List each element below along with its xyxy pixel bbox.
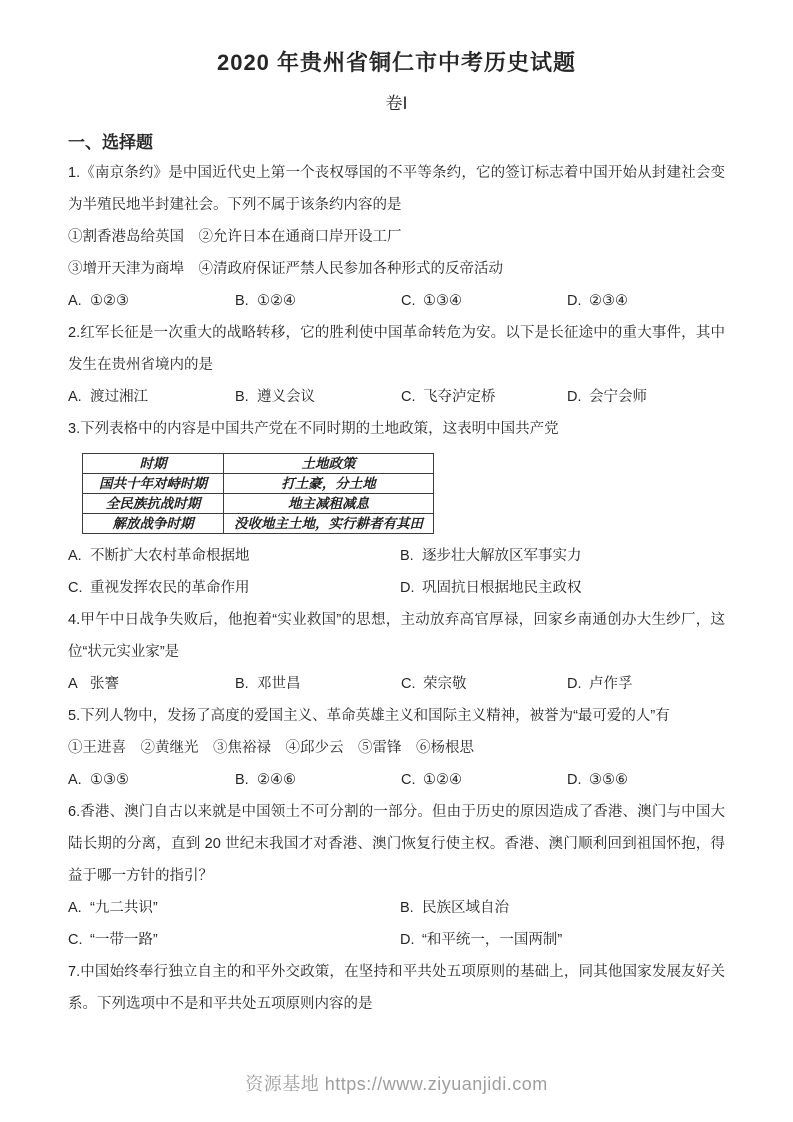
question-1-items-line-1: ①割香港岛给英国 ②允许日本在通商口岸开设工厂: [68, 221, 725, 253]
question-1-option-c: C.①③④: [401, 285, 567, 317]
question-3: 3.下列表格中的内容是中国共产党在不同时期的土地政策，这表明中国共产党 时期 土…: [68, 413, 725, 604]
question-3-option-d: D.巩固抗日根据地民主政权: [400, 572, 725, 604]
question-1-stem: 1.《南京条约》是中国近代史上第一个丧权辱国的不平等条约，它的签订标志着中国开始…: [68, 157, 725, 221]
question-5-stem: 5.下列人物中，发扬了高度的爱国主义、革命英雄主义和国际主义精神，被誉为“最可爱…: [68, 700, 725, 732]
question-4-option-b: B.邓世昌: [235, 668, 401, 700]
question-2-option-b: B.遵义会议: [235, 381, 401, 413]
question-3-options-row-2: C.重视发挥农民的革命作用 D.巩固抗日根据地民主政权: [68, 572, 725, 604]
question-6-stem: 6.香港、澳门自古以来就是中国领土不可分割的一部分。但由于历史的原因造成了香港、…: [68, 796, 725, 892]
question-2-option-a: A.渡过湘江: [68, 381, 235, 413]
question-4: 4.甲午中日战争失败后，他抱着“实业救国”的思想，主动放弃高官厚禄，回家乡南通创…: [68, 604, 725, 700]
table-row: 全民族抗战时期 地主减租减息: [83, 494, 434, 514]
question-4-options: A张謇 B.邓世昌 C.荣宗敬 D.卢作孚: [68, 668, 725, 700]
watermark-footer: 资源基地 https://www.ziyuanjidi.com: [0, 1070, 793, 1096]
question-3-option-a: A.不断扩大农村革命根据地: [68, 540, 400, 572]
table-header-period: 时期: [83, 454, 224, 474]
exam-page: 2020 年贵州省铜仁市中考历史试题 卷Ⅰ 一、选择题 1.《南京条约》是中国近…: [0, 0, 793, 1122]
question-2-option-d: D.会宁会师: [567, 381, 725, 413]
question-6-option-d: D.“和平统一，一国两制”: [400, 924, 725, 956]
question-2-options: A.渡过湘江 B.遵义会议 C.飞夺泸定桥 D.会宁会师: [68, 381, 725, 413]
question-7-stem: 7.中国始终奉行独立自主的和平外交政策，在坚持和平共处五项原则的基础上，同其他国…: [68, 956, 725, 1020]
question-1-option-d: D.②③④: [567, 285, 725, 317]
question-4-stem: 4.甲午中日战争失败后，他抱着“实业救国”的思想，主动放弃高官厚禄，回家乡南通创…: [68, 604, 725, 668]
page-title: 2020 年贵州省铜仁市中考历史试题: [68, 46, 725, 77]
question-6-option-b: B.民族区域自治: [400, 892, 725, 924]
table-row: 国共十年对峙时期 打土豪，分土地: [83, 474, 434, 494]
question-6-options-row-2: C.“一带一路” D.“和平统一，一国两制”: [68, 924, 725, 956]
question-3-option-b: B.逐步壮大解放区军事实力: [400, 540, 725, 572]
volume-heading: 卷Ⅰ: [68, 89, 725, 114]
question-6-options-row-1: A.“九二共识” B.民族区域自治: [68, 892, 725, 924]
question-3-stem: 3.下列表格中的内容是中国共产党在不同时期的土地政策，这表明中国共产党: [68, 413, 725, 445]
land-policy-table: 时期 土地政策 国共十年对峙时期 打土豪，分土地 全民族抗战时期 地主减租减息 …: [82, 453, 434, 534]
section-heading: 一、选择题: [68, 128, 725, 153]
question-3-option-c: C.重视发挥农民的革命作用: [68, 572, 400, 604]
question-4-option-a: A张謇: [68, 668, 235, 700]
table-header-policy: 土地政策: [224, 454, 434, 474]
question-5-items-line: ①王进喜 ②黄继光 ③焦裕禄 ④邱少云 ⑤雷锋 ⑥杨根思: [68, 732, 725, 764]
question-7: 7.中国始终奉行独立自主的和平外交政策，在坚持和平共处五项原则的基础上，同其他国…: [68, 956, 725, 1020]
question-5-option-a: A.①③⑤: [68, 764, 235, 796]
exam-content: 2020 年贵州省铜仁市中考历史试题 卷Ⅰ 一、选择题 1.《南京条约》是中国近…: [0, 0, 793, 1020]
table-row: 解放战争时期 没收地主土地，实行耕者有其田: [83, 514, 434, 534]
question-6: 6.香港、澳门自古以来就是中国领土不可分割的一部分。但由于历史的原因造成了香港、…: [68, 796, 725, 956]
question-1-option-a: A.①②③: [68, 285, 235, 317]
question-1-option-b: B.①②④: [235, 285, 401, 317]
question-4-option-c: C.荣宗敬: [401, 668, 567, 700]
question-5-option-b: B.②④⑥: [235, 764, 401, 796]
question-6-option-c: C.“一带一路”: [68, 924, 400, 956]
question-4-option-d: D.卢作孚: [567, 668, 725, 700]
question-6-option-a: A.“九二共识”: [68, 892, 400, 924]
question-3-options-row-1: A.不断扩大农村革命根据地 B.逐步壮大解放区军事实力: [68, 540, 725, 572]
question-2-option-c: C.飞夺泸定桥: [401, 381, 567, 413]
question-1: 1.《南京条约》是中国近代史上第一个丧权辱国的不平等条约，它的签订标志着中国开始…: [68, 157, 725, 317]
question-5: 5.下列人物中，发扬了高度的爱国主义、革命英雄主义和国际主义精神，被誉为“最可爱…: [68, 700, 725, 796]
question-1-options: A.①②③ B.①②④ C.①③④ D.②③④: [68, 285, 725, 317]
table-header-row: 时期 土地政策: [83, 454, 434, 474]
question-2: 2.红军长征是一次重大的战略转移，它的胜利使中国革命转危为安。以下是长征途中的重…: [68, 317, 725, 413]
question-2-stem: 2.红军长征是一次重大的战略转移，它的胜利使中国革命转危为安。以下是长征途中的重…: [68, 317, 725, 381]
question-5-option-d: D.③⑤⑥: [567, 764, 725, 796]
question-1-items-line-2: ③增开天津为商埠 ④清政府保证严禁人民参加各种形式的反帝活动: [68, 253, 725, 285]
question-5-options: A.①③⑤ B.②④⑥ C.①②④ D.③⑤⑥: [68, 764, 725, 796]
question-5-option-c: C.①②④: [401, 764, 567, 796]
